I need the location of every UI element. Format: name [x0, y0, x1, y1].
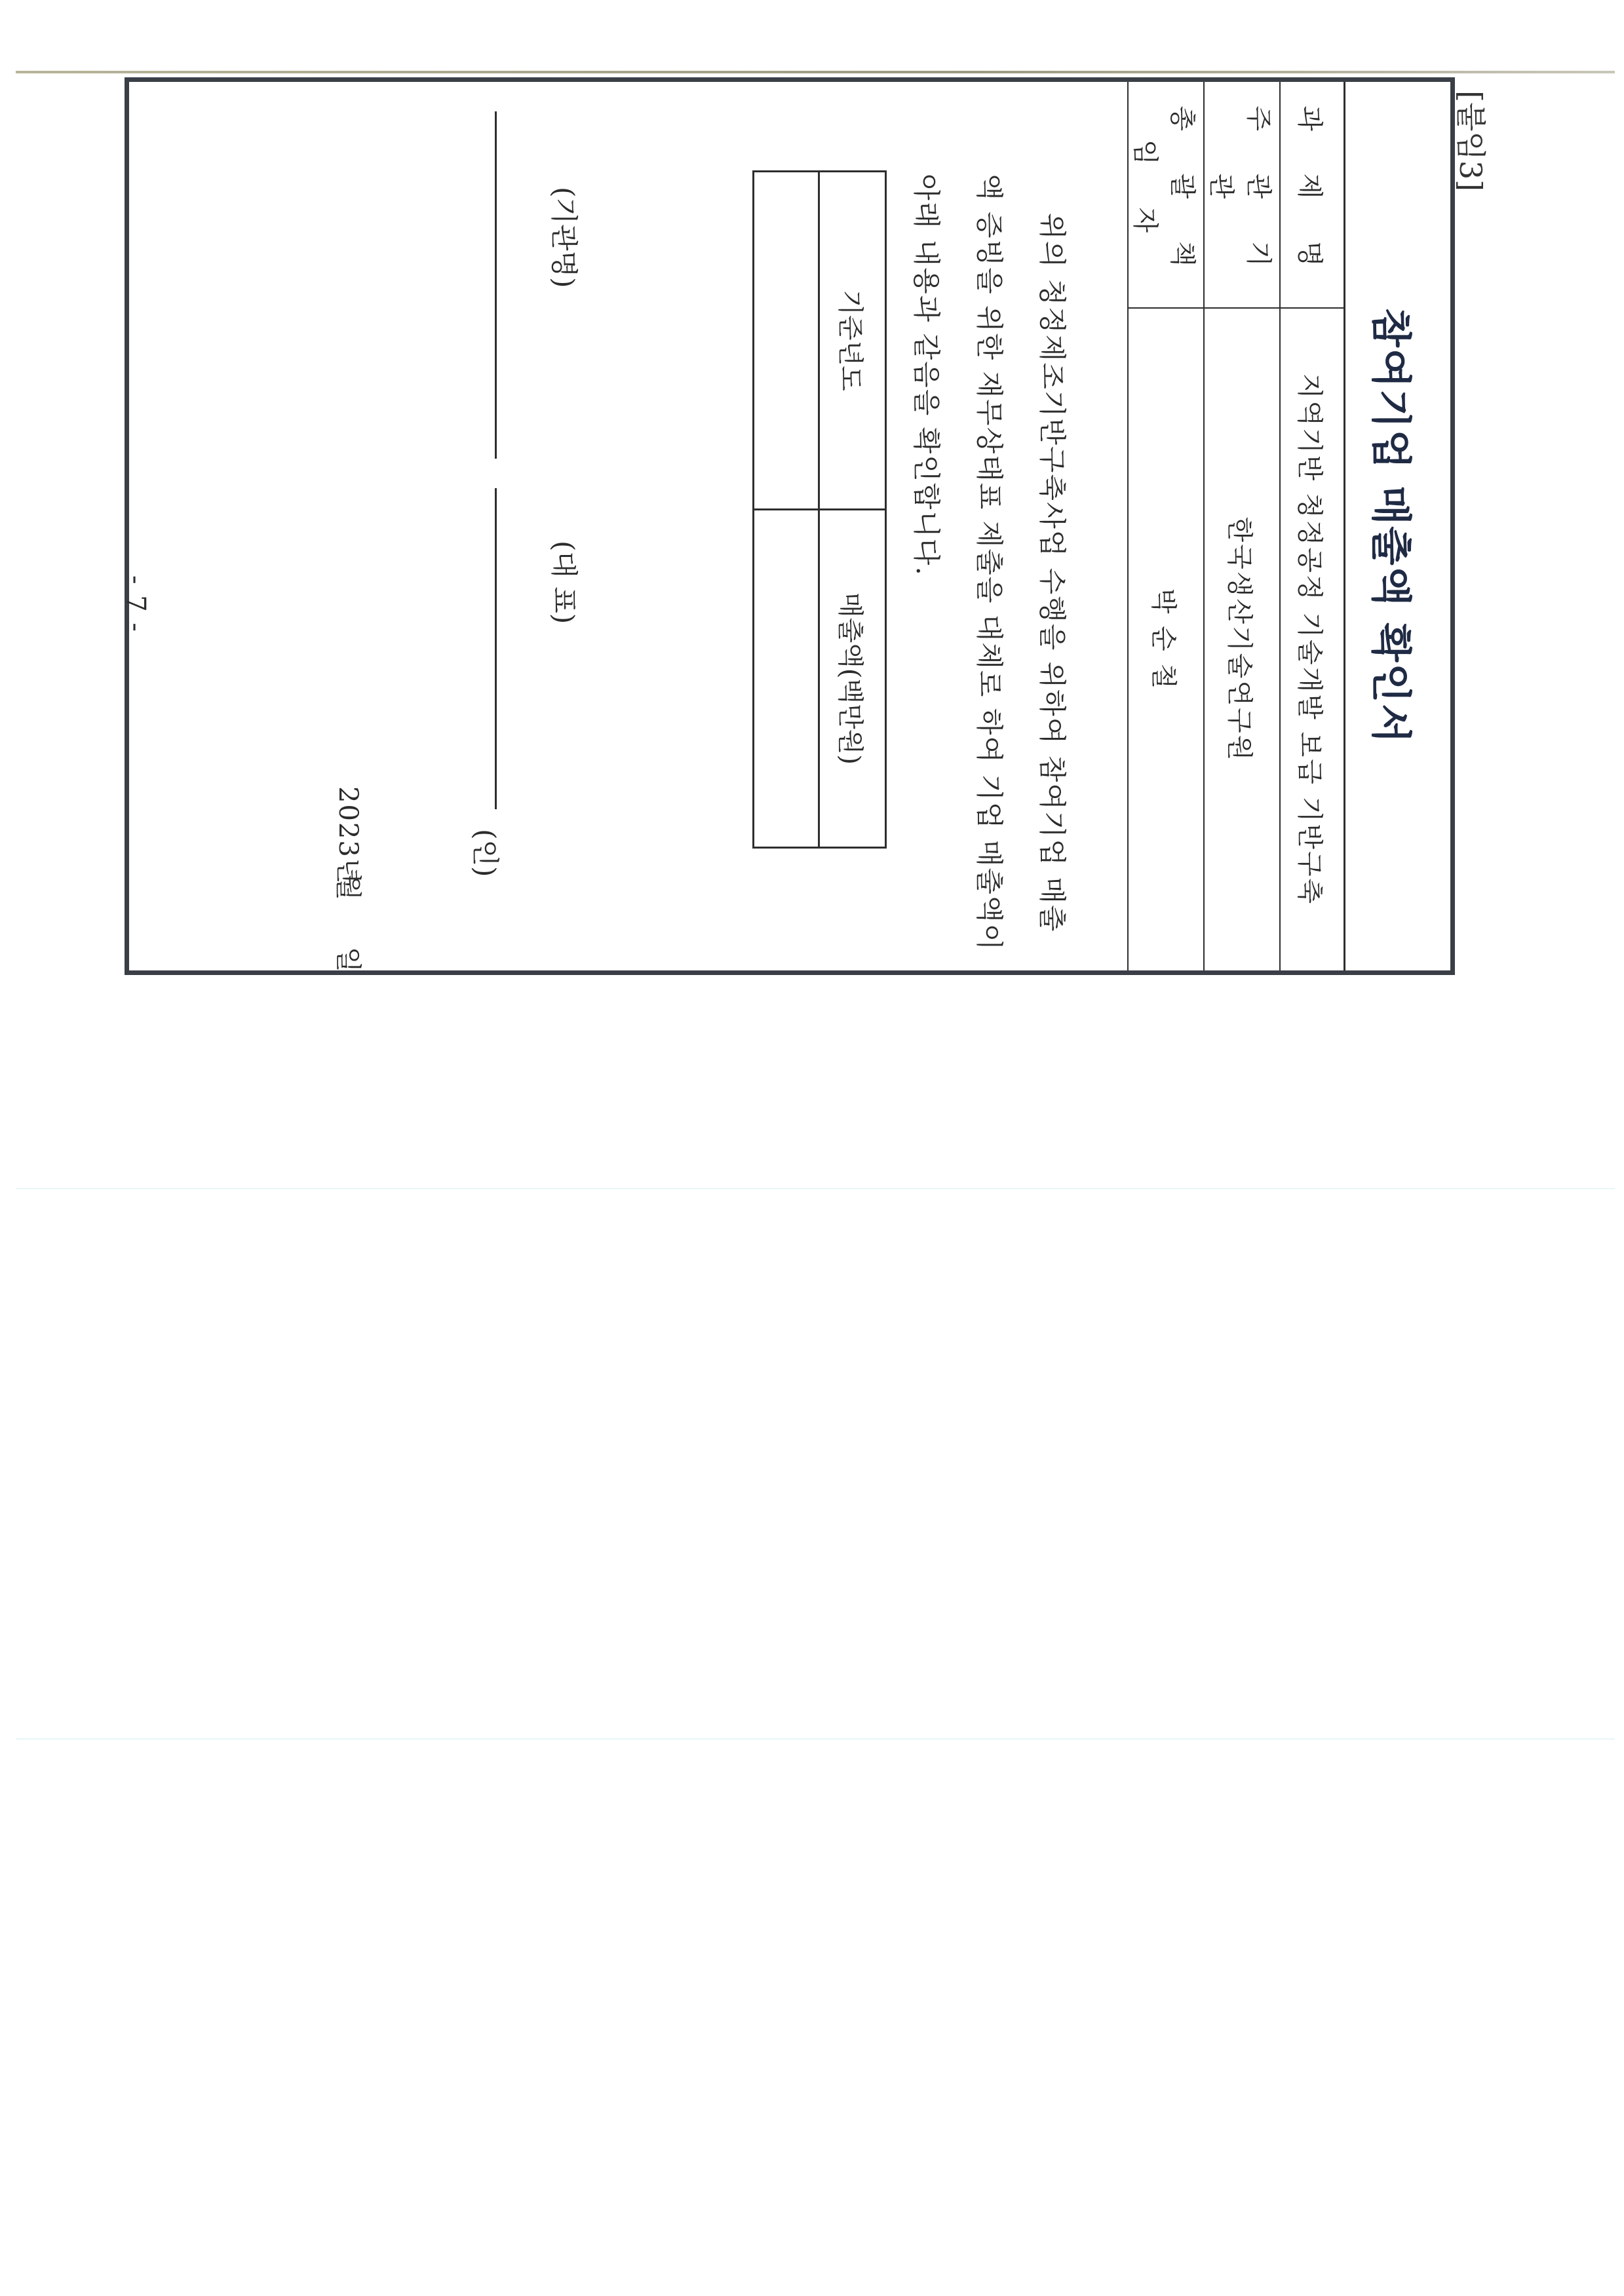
representative-line[interactable]: [495, 488, 497, 809]
attachment-label: [붙임3]: [1451, 90, 1494, 191]
signature-block: (기관명) (대 표) (인) 2023년 월 일: [129, 82, 1450, 970]
scan-ghost-line: [16, 1188, 1615, 1189]
representative-label: (대 표): [546, 541, 585, 624]
form-page: [붙임3] 참여기업 매출액 확인서 과 제 명 지역기반 청정공정 기술개발 …: [105, 77, 1455, 975]
org-name-line[interactable]: [495, 111, 497, 459]
date-month: 월: [332, 875, 369, 902]
date-year: 2023년: [332, 786, 369, 885]
scan-ghost-line: [16, 1738, 1615, 1740]
org-name-label: (기관명): [546, 187, 585, 288]
date-day: 일: [332, 947, 369, 974]
scan-edge-line: [16, 71, 1615, 73]
seal-label: (인): [467, 829, 507, 877]
page-number: - 7 -: [121, 575, 151, 633]
form-frame: 참여기업 매출액 확인서 과 제 명 지역기반 청정공정 기술개발 보급 기반구…: [125, 77, 1455, 975]
